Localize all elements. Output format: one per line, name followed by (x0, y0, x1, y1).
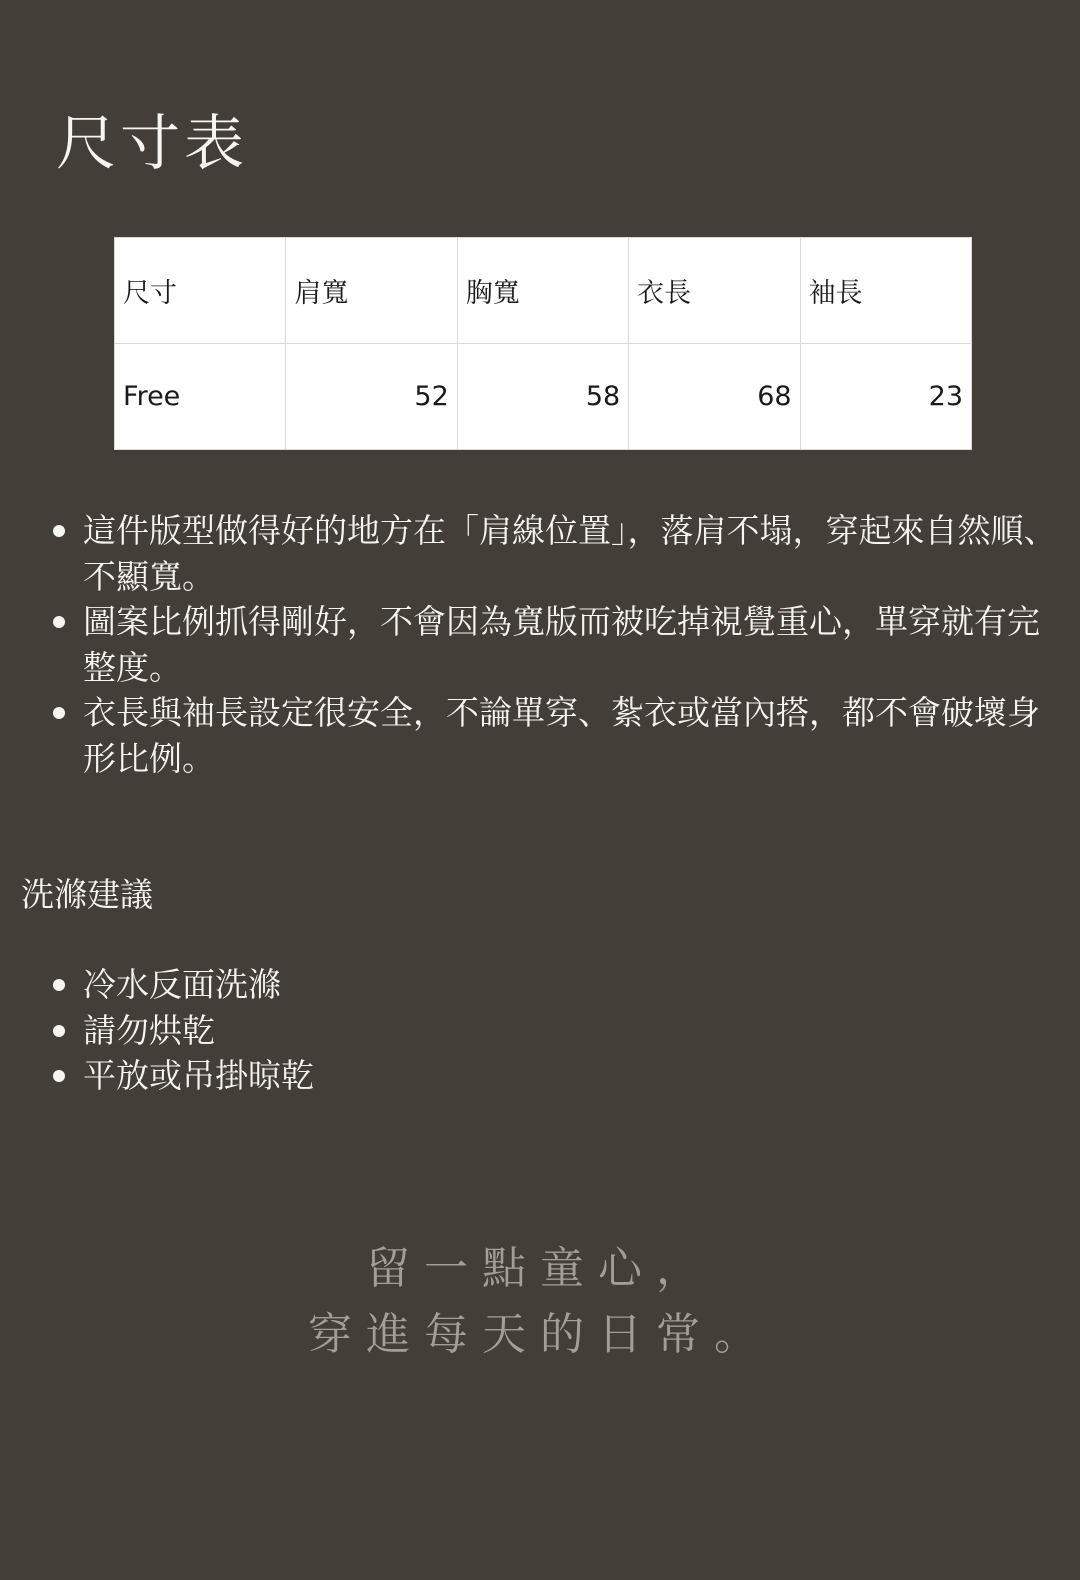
feature-text: 圖案比例抓得剛好，不會因為寬版而被吃掉視覺重心，單穿就有完整度。 (83, 602, 1040, 687)
feature-text: 衣長與袖長設定很安全，不論單穿、紮衣或當內搭，都不會破壞身形比例。 (83, 693, 1040, 778)
list-item: 衣長與袖長設定很安全，不論單穿、紮衣或當內搭，都不會破壞身形比例。 (50, 690, 1060, 781)
bullet-icon (53, 1070, 65, 1082)
care-text: 請勿烘乾 (83, 1011, 215, 1050)
header-size: 尺寸 (115, 238, 286, 344)
size-table: 尺寸 肩寬 胸寬 衣長 袖長 Free 52 58 68 23 (114, 237, 972, 450)
care-heading: 洗滌建議 (21, 872, 153, 917)
feature-list: 這件版型做得好的地方在「肩線位置」，落肩不塌，穿起來自然順、不顯寬。 圖案比例抓… (50, 508, 1060, 781)
table-header-row: 尺寸 肩寬 胸寬 衣長 袖長 (115, 238, 972, 344)
list-item: 請勿烘乾 (50, 1008, 314, 1054)
cell-length: 68 (629, 344, 800, 450)
header-shoulder-width: 肩寬 (286, 238, 457, 344)
table-row: Free 52 58 68 23 (115, 344, 972, 450)
feature-text: 這件版型做得好的地方在「肩線位置」，落肩不塌，穿起來自然順、不顯寬。 (83, 511, 1057, 596)
header-sleeve-length: 袖長 (800, 238, 971, 344)
care-list: 冷水反面洗滌 請勿烘乾 平放或吊掛晾乾 (50, 962, 314, 1099)
care-text: 平放或吊掛晾乾 (83, 1056, 314, 1095)
page-title: 尺寸表 (56, 104, 248, 184)
cell-sleeve-length: 23 (800, 344, 971, 450)
bullet-icon (53, 979, 65, 991)
list-item: 冷水反面洗滌 (50, 962, 314, 1008)
tagline: 留一點童心， 穿進每天的日常。 (0, 1236, 1080, 1368)
header-length: 衣長 (629, 238, 800, 344)
cell-shoulder-width: 52 (286, 344, 457, 450)
care-text: 冷水反面洗滌 (83, 965, 281, 1004)
bullet-icon (53, 616, 65, 628)
bullet-icon (53, 707, 65, 719)
tagline-line-1: 留一點童心， (0, 1236, 1080, 1302)
list-item: 這件版型做得好的地方在「肩線位置」，落肩不塌，穿起來自然順、不顯寬。 (50, 508, 1060, 599)
cell-chest-width: 58 (457, 344, 628, 450)
cell-size: Free (115, 344, 286, 450)
bullet-icon (53, 525, 65, 537)
bullet-icon (53, 1025, 65, 1037)
tagline-line-2: 穿進每天的日常。 (0, 1302, 1080, 1368)
list-item: 圖案比例抓得剛好，不會因為寬版而被吃掉視覺重心，單穿就有完整度。 (50, 599, 1060, 690)
header-chest-width: 胸寬 (457, 238, 628, 344)
list-item: 平放或吊掛晾乾 (50, 1053, 314, 1099)
